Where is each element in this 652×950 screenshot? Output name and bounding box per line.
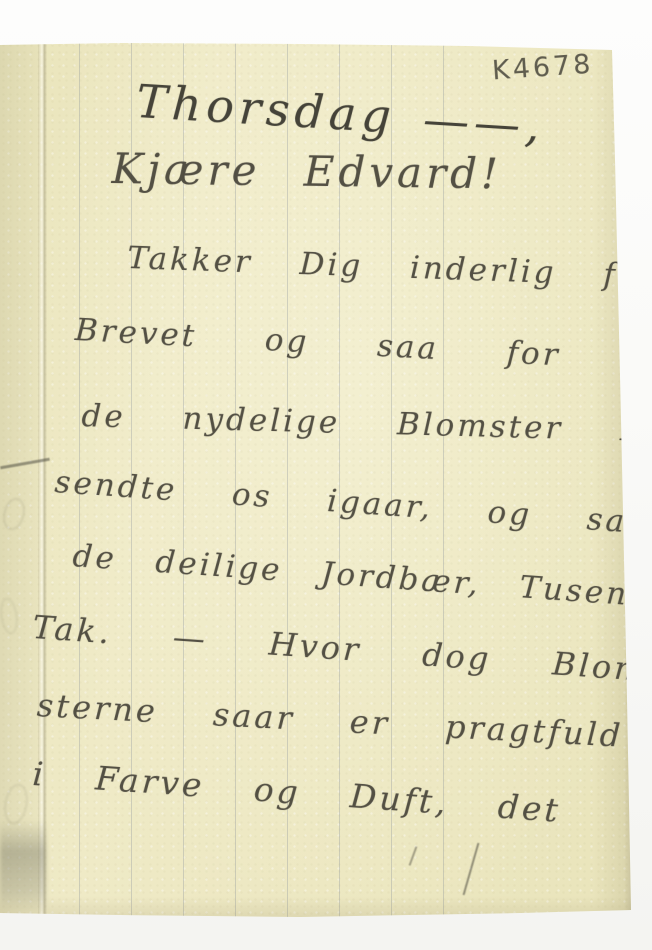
shadow-patch [0, 820, 46, 912]
right-edge-shading [592, 44, 632, 916]
letter-sheet: K4678 Thorsdag ——, Kjære Edvard! Takker … [0, 0, 652, 950]
bottom-edge-shading [0, 896, 652, 918]
handwriting-line-salutation: Kjære Edvard! [111, 144, 502, 198]
scan-background: K4678 Thorsdag ——, Kjære Edvard! Takker … [0, 0, 652, 950]
